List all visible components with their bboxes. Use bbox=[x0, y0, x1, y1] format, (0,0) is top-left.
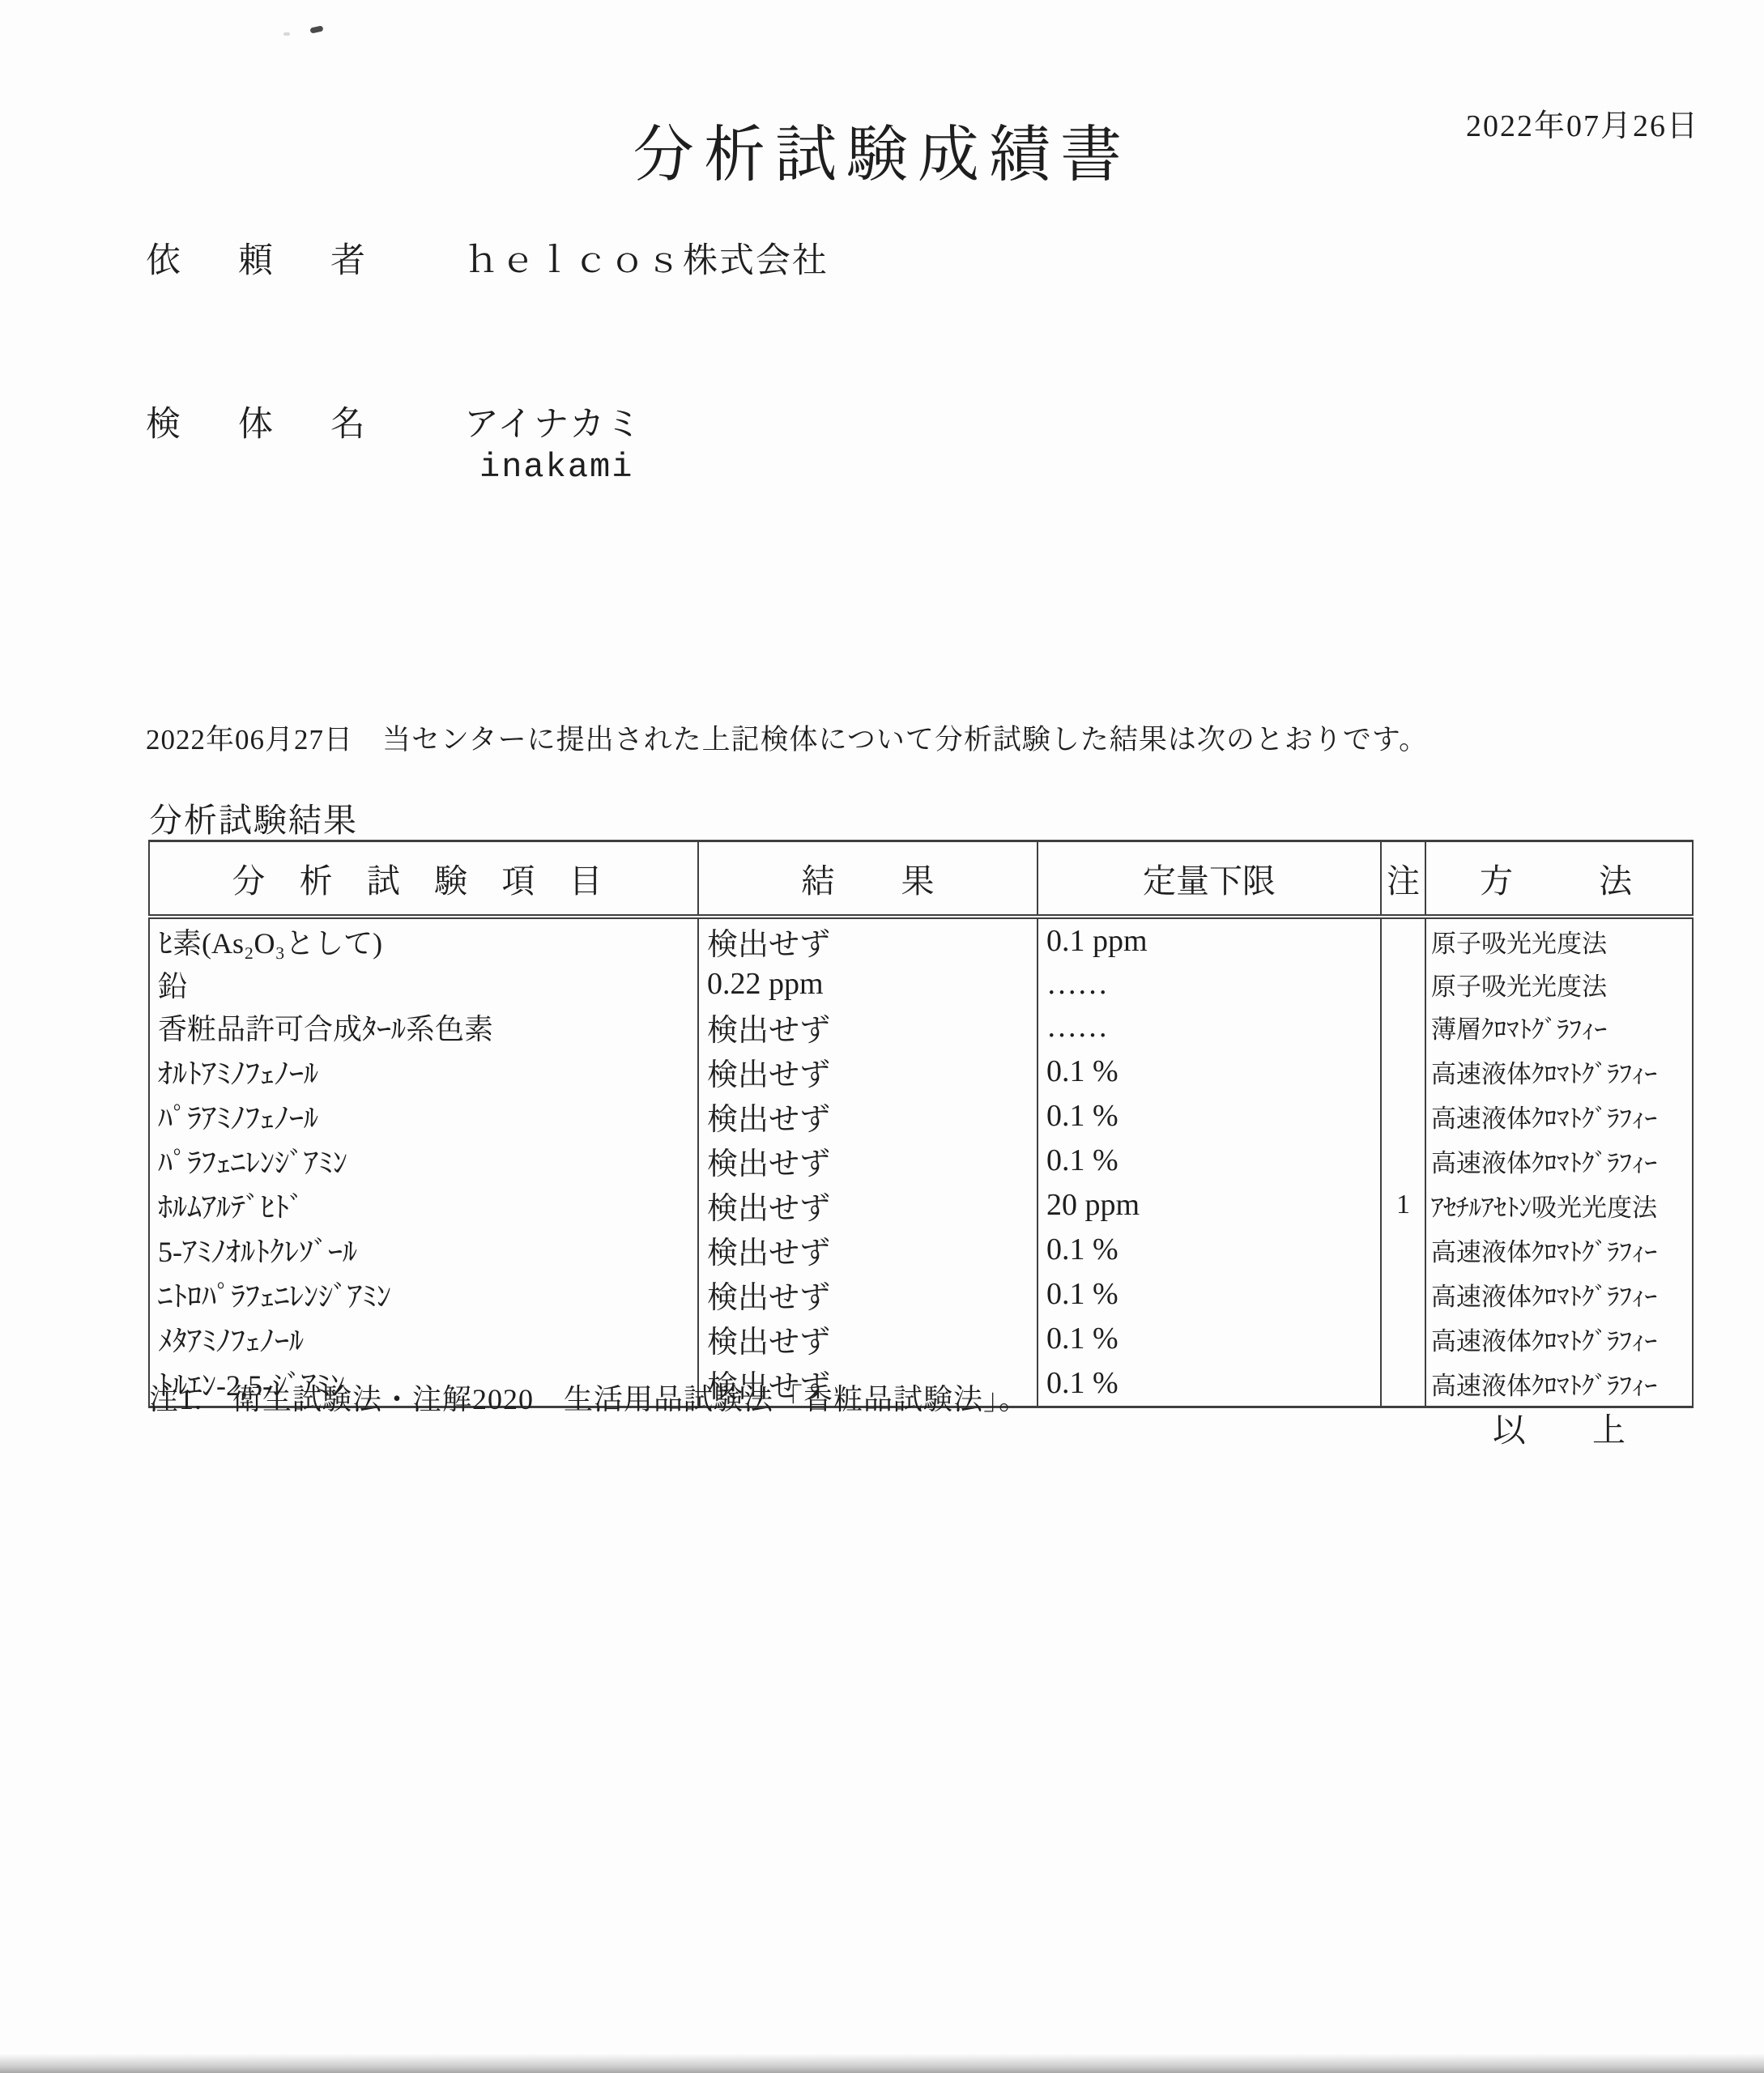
cell-note bbox=[1381, 1094, 1425, 1139]
cell-note bbox=[1381, 917, 1425, 964]
cell-item: ﾋ素(As₂O₃として) bbox=[149, 917, 698, 964]
cell-result: 検出せず bbox=[698, 1094, 1038, 1139]
cell-method: 高速液体ｸﾛﾏﾄｸﾞﾗﾌｨｰ bbox=[1425, 1317, 1693, 1361]
cell-item: ﾆﾄﾛﾊﾟﾗﾌｪﾆﾚﾝｼﾞｱﾐﾝ bbox=[149, 1272, 698, 1317]
cell-result: 検出せず bbox=[698, 1139, 1038, 1183]
table-row: 5-ｱﾐﾉｵﾙﾄｸﾚｿﾞｰﾙ 検出せず 0.1 % 高速液体ｸﾛﾏﾄｸﾞﾗﾌｨｰ bbox=[149, 1228, 1693, 1272]
cell-limit: 0.1 % bbox=[1038, 1361, 1381, 1407]
closing-ijou: 以 上 bbox=[1493, 1403, 1626, 1451]
scan-smudge-artifact bbox=[283, 32, 290, 36]
col-header-limit: 定量下限 bbox=[1038, 841, 1381, 917]
cell-note bbox=[1381, 1361, 1425, 1407]
cell-result: 0.22 ppm bbox=[698, 964, 1038, 1005]
cell-item: ﾒﾀｱﾐﾉﾌｪﾉｰﾙ bbox=[149, 1317, 698, 1361]
cell-result: 検出せず bbox=[698, 1183, 1038, 1228]
page-title: 分析試験成績書 bbox=[0, 105, 1764, 194]
cell-method: 薄層ｸﾛﾏﾄｸﾞﾗﾌｨｰ bbox=[1425, 1005, 1693, 1049]
cell-note bbox=[1381, 1317, 1425, 1361]
cell-note bbox=[1381, 1228, 1425, 1272]
cell-limit: 0.1 % bbox=[1038, 1228, 1381, 1272]
cell-result: 検出せず bbox=[698, 1049, 1038, 1094]
cell-item: ﾎﾙﾑｱﾙﾃﾞﾋﾄﾞ bbox=[149, 1183, 698, 1228]
cell-item: ｵﾙﾄｱﾐﾉﾌｪﾉｰﾙ bbox=[149, 1049, 698, 1094]
client-value: ｈｅｌｃｏｓ株式会社 bbox=[464, 233, 829, 283]
col-header-method: 方 法 bbox=[1425, 841, 1693, 917]
cell-limit: 0.1 % bbox=[1038, 1139, 1381, 1183]
cell-result: 検出せず bbox=[698, 1317, 1038, 1361]
cell-result: 検出せず bbox=[698, 1272, 1038, 1317]
cell-method: 原子吸光光度法 bbox=[1425, 917, 1693, 964]
cell-method: ｱｾﾁﾙｱｾﾄﾝ吸光光度法 bbox=[1425, 1183, 1693, 1228]
table-row: ﾊﾟﾗﾌｪﾆﾚﾝｼﾞｱﾐﾝ 検出せず 0.1 % 高速液体ｸﾛﾏﾄｸﾞﾗﾌｨｰ bbox=[149, 1139, 1693, 1183]
col-header-item: 分 析 試 験 項 目 bbox=[149, 841, 698, 917]
intro-statement: 2022年06月27日 当センターに提出された上記検体について分析試験した結果は… bbox=[146, 717, 1428, 758]
table-row: ﾋ素(As₂O₃として) 検出せず 0.1 ppm 原子吸光光度法 bbox=[149, 917, 1693, 964]
cell-limit: 0.1 % bbox=[1038, 1272, 1381, 1317]
cell-limit: 0.1 ppm bbox=[1038, 917, 1381, 964]
sample-row: 検 体 名アイナカミ bbox=[146, 397, 642, 446]
cell-item: 鉛 bbox=[149, 964, 698, 1005]
cell-limit: 20 ppm bbox=[1038, 1183, 1381, 1228]
cell-method: 高速液体ｸﾛﾏﾄｸﾞﾗﾌｨｰ bbox=[1425, 1094, 1693, 1139]
cell-method: 高速液体ｸﾛﾏﾄｸﾞﾗﾌｨｰ bbox=[1425, 1361, 1693, 1407]
table-row: ﾆﾄﾛﾊﾟﾗﾌｪﾆﾚﾝｼﾞｱﾐﾝ 検出せず 0.1 % 高速液体ｸﾛﾏﾄｸﾞﾗﾌ… bbox=[149, 1272, 1693, 1317]
document-page: { "page": { "date_top_right": "2022年07月2… bbox=[0, 0, 1764, 2073]
scan-speck-artifact bbox=[309, 25, 323, 33]
cell-method: 高速液体ｸﾛﾏﾄｸﾞﾗﾌｨｰ bbox=[1425, 1139, 1693, 1183]
footnote: 注1. 衛生試験法・注解2020 生活用品試験法「香粧品試験法」。 bbox=[149, 1377, 1029, 1418]
table-row: 鉛 0.22 ppm …… 原子吸光光度法 bbox=[149, 964, 1693, 1005]
client-label: 依 頼 者 bbox=[146, 233, 377, 283]
cell-limit: …… bbox=[1038, 964, 1381, 1005]
cell-limit: 0.1 % bbox=[1038, 1317, 1381, 1361]
col-header-result: 結 果 bbox=[698, 841, 1038, 917]
cell-method: 高速液体ｸﾛﾏﾄｸﾞﾗﾌｨｰ bbox=[1425, 1272, 1693, 1317]
sample-name-kana: アイナカミ bbox=[464, 397, 642, 446]
table-header-row: 分 析 試 験 項 目 結 果 定量下限 注 方 法 bbox=[149, 841, 1693, 917]
col-header-note: 注 bbox=[1381, 841, 1425, 917]
cell-limit: 0.1 % bbox=[1038, 1049, 1381, 1094]
cell-note bbox=[1381, 1139, 1425, 1183]
table-row: ﾎﾙﾑｱﾙﾃﾞﾋﾄﾞ 検出せず 20 ppm 1 ｱｾﾁﾙｱｾﾄﾝ吸光光度法 bbox=[149, 1183, 1693, 1228]
table-row: 香粧品許可合成ﾀｰﾙ系色素 検出せず …… 薄層ｸﾛﾏﾄｸﾞﾗﾌｨｰ bbox=[149, 1005, 1693, 1049]
sample-name-roman: inakami bbox=[479, 448, 633, 487]
cell-note bbox=[1381, 1272, 1425, 1317]
cell-method: 高速液体ｸﾛﾏﾄｸﾞﾗﾌｨｰ bbox=[1425, 1049, 1693, 1094]
cell-note bbox=[1381, 1049, 1425, 1094]
cell-note bbox=[1381, 1005, 1425, 1049]
cell-result: 検出せず bbox=[698, 917, 1038, 964]
cell-limit: 0.1 % bbox=[1038, 1094, 1381, 1139]
scan-bottom-edge bbox=[0, 2054, 1764, 2073]
cell-note: 1 bbox=[1381, 1183, 1425, 1228]
sample-label: 検 体 名 bbox=[146, 397, 377, 446]
cell-item: 5-ｱﾐﾉｵﾙﾄｸﾚｿﾞｰﾙ bbox=[149, 1228, 698, 1272]
cell-note bbox=[1381, 964, 1425, 1005]
cell-result: 検出せず bbox=[698, 1228, 1038, 1272]
table-row: ｵﾙﾄｱﾐﾉﾌｪﾉｰﾙ 検出せず 0.1 % 高速液体ｸﾛﾏﾄｸﾞﾗﾌｨｰ bbox=[149, 1049, 1693, 1094]
cell-item: ﾊﾟﾗｱﾐﾉﾌｪﾉｰﾙ bbox=[149, 1094, 698, 1139]
table-row: ﾒﾀｱﾐﾉﾌｪﾉｰﾙ 検出せず 0.1 % 高速液体ｸﾛﾏﾄｸﾞﾗﾌｨｰ bbox=[149, 1317, 1693, 1361]
results-table: 分 析 試 験 項 目 結 果 定量下限 注 方 法 ﾋ素(As₂O₃として) … bbox=[148, 840, 1694, 1408]
cell-item: ﾊﾟﾗﾌｪﾆﾚﾝｼﾞｱﾐﾝ bbox=[149, 1139, 698, 1183]
cell-limit: …… bbox=[1038, 1005, 1381, 1049]
cell-method: 原子吸光光度法 bbox=[1425, 964, 1693, 1005]
results-heading: 分析試験結果 bbox=[149, 794, 358, 841]
client-row: 依 頼 者ｈｅｌｃｏｓ株式会社 bbox=[146, 233, 829, 283]
cell-result: 検出せず bbox=[698, 1005, 1038, 1049]
cell-method: 高速液体ｸﾛﾏﾄｸﾞﾗﾌｨｰ bbox=[1425, 1228, 1693, 1272]
table-row: ﾊﾟﾗｱﾐﾉﾌｪﾉｰﾙ 検出せず 0.1 % 高速液体ｸﾛﾏﾄｸﾞﾗﾌｨｰ bbox=[149, 1094, 1693, 1139]
cell-item: 香粧品許可合成ﾀｰﾙ系色素 bbox=[149, 1005, 698, 1049]
